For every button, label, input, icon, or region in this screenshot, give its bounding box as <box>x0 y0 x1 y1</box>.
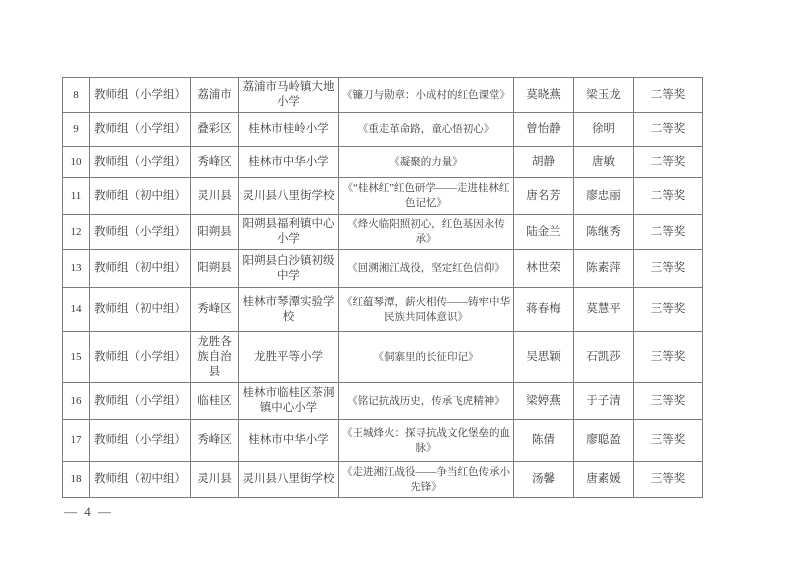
cell-name2: 陈素萍 <box>574 250 634 288</box>
cell-award: 三等奖 <box>634 332 703 383</box>
cell-name1: 唐名芳 <box>514 178 574 215</box>
awards-table: 8教师组（小学组）荔浦市荔浦市马岭镇大地小学《镰刀与勋章：小成村的红色课堂》莫晓… <box>62 77 703 498</box>
cell-name2: 莫慧平 <box>574 288 634 332</box>
cell-name2: 廖忠丽 <box>574 178 634 215</box>
cell-school: 桂林市桂岭小学 <box>239 113 339 147</box>
cell-group: 教师组（小学组） <box>90 113 191 147</box>
cell-school: 龙胜平等小学 <box>239 332 339 383</box>
table-row: 10教师组（小学组）秀峰区桂林市中华小学《凝聚的力量》胡静唐敏二等奖 <box>63 147 703 178</box>
cell-group: 教师组（小学组） <box>90 383 191 420</box>
table-row: 9教师组（小学组）叠彩区桂林市桂岭小学《重走革命路，童心悟初心》曾怡静徐明二等奖 <box>63 113 703 147</box>
cell-award: 三等奖 <box>634 288 703 332</box>
table-row: 8教师组（小学组）荔浦市荔浦市马岭镇大地小学《镰刀与勋章：小成村的红色课堂》莫晓… <box>63 78 703 113</box>
page-number: — 4 — <box>64 504 113 520</box>
cell-title: 《镰刀与勋章：小成村的红色课堂》 <box>339 78 514 113</box>
cell-region: 灵川县 <box>191 178 239 215</box>
cell-award: 二等奖 <box>634 78 703 113</box>
cell-region: 灵川县 <box>191 462 239 498</box>
cell-title: 《王城烽火：探寻抗战文化堡垒的血脉》 <box>339 420 514 462</box>
cell-name1: 林世荣 <box>514 250 574 288</box>
table-row: 16教师组（小学组）临桂区桂林市临桂区茶洞镇中心小学《铭记抗战历史，传承飞虎精神… <box>63 383 703 420</box>
cell-name2: 陈继秀 <box>574 215 634 250</box>
cell-region: 叠彩区 <box>191 113 239 147</box>
cell-region: 临桂区 <box>191 383 239 420</box>
cell-no: 17 <box>63 420 90 462</box>
cell-name1: 梁婷燕 <box>514 383 574 420</box>
cell-name1: 曾怡静 <box>514 113 574 147</box>
cell-name2: 徐明 <box>574 113 634 147</box>
cell-title: 《侗寨里的长征印记》 <box>339 332 514 383</box>
cell-region: 荔浦市 <box>191 78 239 113</box>
cell-no: 18 <box>63 462 90 498</box>
cell-award: 三等奖 <box>634 420 703 462</box>
cell-school: 荔浦市马岭镇大地小学 <box>239 78 339 113</box>
cell-group: 教师组（小学组） <box>90 215 191 250</box>
cell-school: 灵川县八里街学校 <box>239 462 339 498</box>
cell-title: 《烽火临阳照初心，红色基因永传承》 <box>339 215 514 250</box>
cell-no: 11 <box>63 178 90 215</box>
cell-school: 阳朔县白沙镇初级中学 <box>239 250 339 288</box>
cell-group: 教师组（小学组） <box>90 78 191 113</box>
cell-title: 《铭记抗战历史，传承飞虎精神》 <box>339 383 514 420</box>
table-row: 13教师组（初中组）阳朔县阳朔县白沙镇初级中学《回溯湘江战役，坚定红色信仰》林世… <box>63 250 703 288</box>
cell-school: 桂林市琴潭实验学校 <box>239 288 339 332</box>
cell-school: 桂林市临桂区茶洞镇中心小学 <box>239 383 339 420</box>
cell-name1: 陆金兰 <box>514 215 574 250</box>
cell-school: 桂林市中华小学 <box>239 420 339 462</box>
cell-name1: 胡静 <box>514 147 574 178</box>
awards-table-body: 8教师组（小学组）荔浦市荔浦市马岭镇大地小学《镰刀与勋章：小成村的红色课堂》莫晓… <box>63 78 703 498</box>
cell-title: 《“桂林红”红色研学——走进桂林红色记忆》 <box>339 178 514 215</box>
cell-title: 《走进湘江战役——争当红色传承小先锋》 <box>339 462 514 498</box>
table-row: 12教师组（小学组）阳朔县阳朔县福利镇中心小学《烽火临阳照初心，红色基因永传承》… <box>63 215 703 250</box>
cell-no: 10 <box>63 147 90 178</box>
table-row: 17教师组（小学组）秀峰区桂林市中华小学《王城烽火：探寻抗战文化堡垒的血脉》陈倩… <box>63 420 703 462</box>
cell-name1: 吴思颖 <box>514 332 574 383</box>
cell-award: 二等奖 <box>634 113 703 147</box>
cell-region: 龙胜各族自治县 <box>191 332 239 383</box>
cell-name2: 石凯莎 <box>574 332 634 383</box>
cell-group: 教师组（初中组） <box>90 462 191 498</box>
cell-no: 14 <box>63 288 90 332</box>
cell-award: 二等奖 <box>634 178 703 215</box>
cell-no: 16 <box>63 383 90 420</box>
cell-name2: 梁玉龙 <box>574 78 634 113</box>
cell-region: 秀峰区 <box>191 420 239 462</box>
cell-school: 桂林市中华小学 <box>239 147 339 178</box>
table-row: 15教师组（小学组）龙胜各族自治县龙胜平等小学《侗寨里的长征印记》吴思颖石凯莎三… <box>63 332 703 383</box>
cell-title: 《凝聚的力量》 <box>339 147 514 178</box>
table-row: 18教师组（初中组）灵川县灵川县八里街学校《走进湘江战役——争当红色传承小先锋》… <box>63 462 703 498</box>
cell-title: 《重走革命路，童心悟初心》 <box>339 113 514 147</box>
cell-award: 三等奖 <box>634 383 703 420</box>
cell-name2: 于子清 <box>574 383 634 420</box>
cell-name2: 廖聪盈 <box>574 420 634 462</box>
cell-school: 阳朔县福利镇中心小学 <box>239 215 339 250</box>
cell-group: 教师组（初中组） <box>90 250 191 288</box>
cell-title: 《红蕴琴潭，薪火相传——铸牢中华民族共同体意识》 <box>339 288 514 332</box>
cell-award: 二等奖 <box>634 147 703 178</box>
cell-name1: 莫晓燕 <box>514 78 574 113</box>
cell-name1: 汤馨 <box>514 462 574 498</box>
cell-award: 三等奖 <box>634 250 703 288</box>
cell-region: 秀峰区 <box>191 147 239 178</box>
cell-name2: 唐素媛 <box>574 462 634 498</box>
cell-region: 秀峰区 <box>191 288 239 332</box>
cell-name2: 唐敏 <box>574 147 634 178</box>
cell-no: 13 <box>63 250 90 288</box>
cell-award: 二等奖 <box>634 215 703 250</box>
cell-group: 教师组（小学组） <box>90 147 191 178</box>
cell-region: 阳朔县 <box>191 250 239 288</box>
table-row: 11教师组（初中组）灵川县灵川县八里街学校《“桂林红”红色研学——走进桂林红色记… <box>63 178 703 215</box>
cell-group: 教师组（小学组） <box>90 332 191 383</box>
cell-group: 教师组（初中组） <box>90 288 191 332</box>
cell-no: 12 <box>63 215 90 250</box>
cell-title: 《回溯湘江战役，坚定红色信仰》 <box>339 250 514 288</box>
cell-no: 15 <box>63 332 90 383</box>
cell-award: 三等奖 <box>634 462 703 498</box>
cell-group: 教师组（小学组） <box>90 420 191 462</box>
table-row: 14教师组（初中组）秀峰区桂林市琴潭实验学校《红蕴琴潭，薪火相传——铸牢中华民族… <box>63 288 703 332</box>
cell-region: 阳朔县 <box>191 215 239 250</box>
cell-group: 教师组（初中组） <box>90 178 191 215</box>
cell-name1: 陈倩 <box>514 420 574 462</box>
document-page: 8教师组（小学组）荔浦市荔浦市马岭镇大地小学《镰刀与勋章：小成村的红色课堂》莫晓… <box>0 0 800 565</box>
cell-school: 灵川县八里街学校 <box>239 178 339 215</box>
cell-no: 8 <box>63 78 90 113</box>
cell-name1: 蒋春梅 <box>514 288 574 332</box>
cell-no: 9 <box>63 113 90 147</box>
